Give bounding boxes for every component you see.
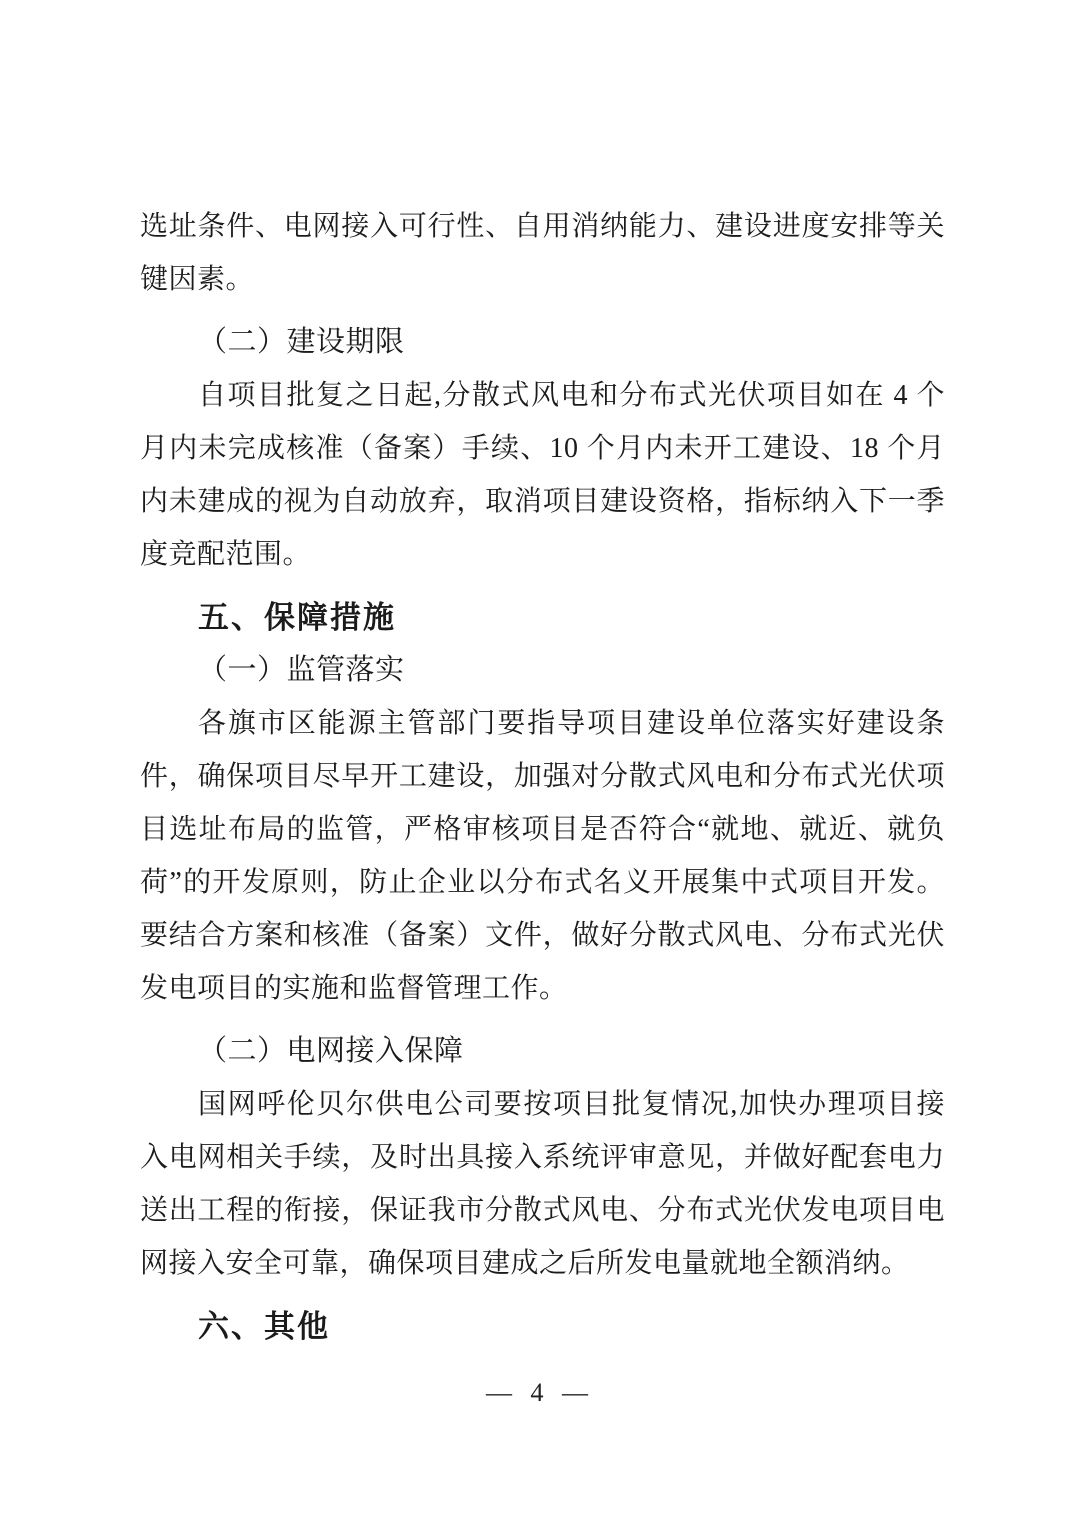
text-line: 选址条件、电网接入可行性、自用消纳能力、建设进度安排等关	[140, 200, 945, 253]
heading-section-5: 五、保障措施	[140, 591, 945, 644]
text-line: 键因素。	[140, 253, 945, 306]
subheading-construction-period: （二）建设期限	[140, 316, 945, 369]
document-page: 选址条件、电网接入可行性、自用消纳能力、建设进度安排等关 键因素。 （二）建设期…	[0, 0, 1080, 1526]
heading-section-6: 六、其他	[140, 1300, 945, 1353]
document-body: 选址条件、电网接入可行性、自用消纳能力、建设进度安排等关 键因素。 （二）建设期…	[140, 200, 945, 1353]
page-number: — 4 —	[0, 1378, 1080, 1408]
text-line: 网接入安全可靠，确保项目建成之后所发电量就地全额消纳。	[140, 1237, 945, 1290]
subheading-grid-access: （二）电网接入保障	[140, 1025, 945, 1078]
text-line: 内未建成的视为自动放弃，取消项目建设资格，指标纳入下一季	[140, 475, 945, 528]
text-line: 要结合方案和核准（备案）文件，做好分散式风电、分布式光伏	[140, 909, 945, 962]
text-line: 目选址布局的监管，严格审核项目是否符合“就地、就近、就负	[140, 803, 945, 856]
text-line: 自项目批复之日起,分散式风电和分布式光伏项目如在 4 个	[140, 369, 945, 422]
text-line: 国网呼伦贝尔供电公司要按项目批复情况,加快办理项目接	[140, 1078, 945, 1131]
text-line: 送出工程的衔接，保证我市分散式风电、分布式光伏发电项目电	[140, 1184, 945, 1237]
text-line: 荷”的开发原则，防止企业以分布式名义开展集中式项目开发。	[140, 856, 945, 909]
text-line: 件，确保项目尽早开工建设，加强对分散式风电和分布式光伏项	[140, 750, 945, 803]
text-line: 发电项目的实施和监督管理工作。	[140, 962, 945, 1015]
text-line: 各旗市区能源主管部门要指导项目建设单位落实好建设条	[140, 697, 945, 750]
text-line: 度竞配范围。	[140, 528, 945, 581]
text-line: 入电网相关手续，及时出具接入系统评审意见，并做好配套电力	[140, 1131, 945, 1184]
subheading-supervision: （一）监管落实	[140, 644, 945, 697]
text-line: 月内未完成核准（备案）手续、10 个月内未开工建设、18 个月	[140, 422, 945, 475]
